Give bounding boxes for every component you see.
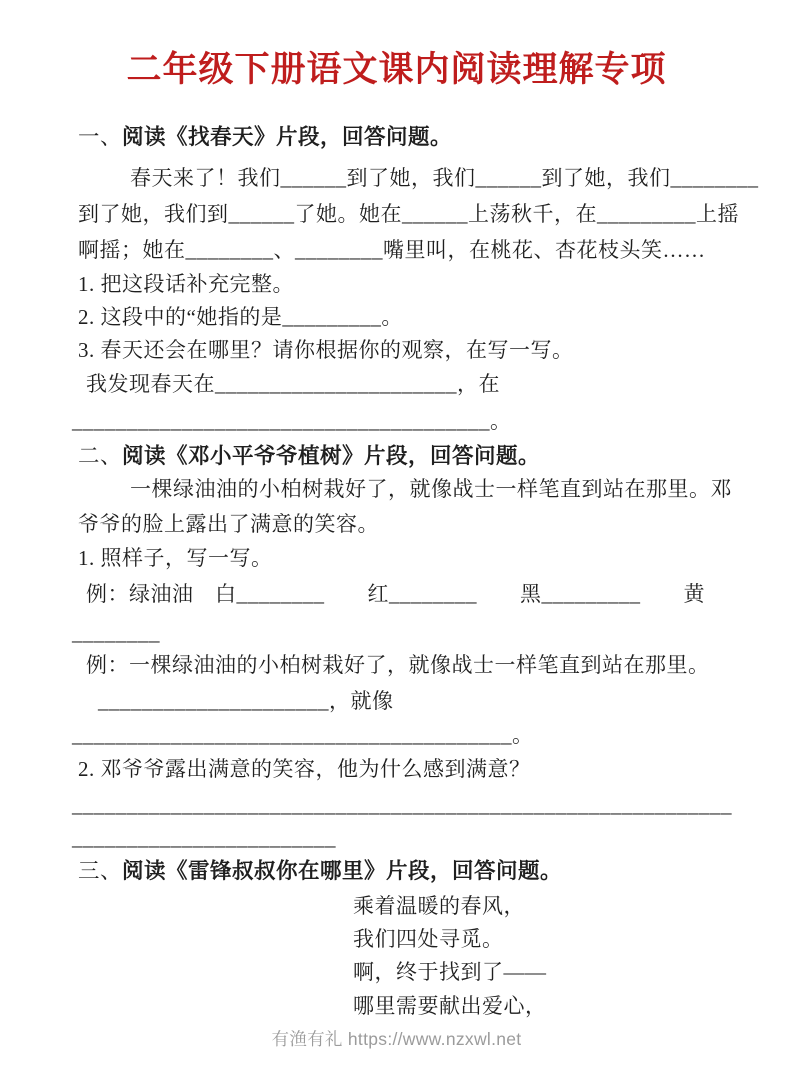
- poem-line-3: 啊，终于找到了——: [353, 959, 547, 986]
- section-2-heading-text: 阅读《邓小平爷爷植树》片段，回答问题。: [122, 444, 540, 468]
- answer-2-line-4: ________________________: [72, 825, 336, 852]
- worksheet-page: 二年级下册语文课内阅读理解专项 一、阅读《找春天》片段，回答问题。 春天来了！我…: [0, 0, 793, 1076]
- section-1-heading: 一、阅读《找春天》片段，回答问题。: [78, 124, 452, 151]
- question-1-2: 2. 这段中的“她指的是_________。: [78, 304, 403, 331]
- section-1-number: 一、: [78, 125, 122, 149]
- passage-1-line-1: 春天来了！我们______到了她，我们______到了她，我们________: [130, 165, 759, 192]
- answer-1-line-1: 我发现春天在______________________，在: [86, 371, 500, 398]
- section-3-number: 三、: [78, 859, 122, 883]
- section-2-number: 二、: [78, 444, 122, 468]
- answer-2-line-2: ________________________________________…: [72, 722, 534, 749]
- section-1-heading-text: 阅读《找春天》片段，回答问题。: [122, 125, 452, 149]
- question-2-1: 1. 照样子，写一写。: [78, 545, 273, 572]
- passage-2-line-2: 爷爷的脸上露出了满意的笑容。: [78, 511, 379, 538]
- section-3-heading: 三、阅读《雷锋叔叔你在哪里》片段，回答问题。: [78, 858, 562, 885]
- example-colors-continuation: ________: [72, 620, 160, 647]
- example-colors-line: 例：绿油油 白________ 红________ 黑_________ 黄: [86, 581, 705, 608]
- question-1-3: 3. 春天还会在哪里？请你根据你的观察，在写一写。: [78, 337, 574, 364]
- question-2-2: 2. 邓爷爷露出满意的笑容，他为什么感到满意？: [78, 756, 531, 783]
- poem-line-4: 哪里需要献出爱心，: [353, 993, 547, 1020]
- footer-watermark: 有渔有礼 https://www.nzxwl.net: [0, 1026, 793, 1053]
- section-3-heading-text: 阅读《雷锋叔叔你在哪里》片段，回答问题。: [122, 859, 562, 883]
- answer-2-line-3: ________________________________________…: [72, 792, 732, 819]
- worksheet-title: 二年级下册语文课内阅读理解专项: [0, 56, 793, 83]
- passage-1-line-2: 到了她，我们到______了她。她在______上荡秋千，在_________上…: [78, 201, 739, 228]
- answer-2-line-1: _____________________，就像: [98, 688, 394, 715]
- answer-1-line-2: ______________________________________。: [72, 408, 512, 435]
- passage-2-line-1: 一棵绿油油的小柏树栽好了，就像战士一样笔直到站在那里。邓: [130, 476, 732, 503]
- question-1-1: 1. 把这段话补充完整。: [78, 271, 294, 298]
- poem-line-2: 我们四处寻觅。: [353, 926, 504, 953]
- poem-line-1: 乘着温暖的春风，: [353, 893, 525, 920]
- example-sentence-line: 例：一棵绿油油的小柏树栽好了，就像战士一样笔直到站在那里。: [86, 652, 710, 679]
- section-2-heading: 二、阅读《邓小平爷爷植树》片段，回答问题。: [78, 443, 540, 470]
- passage-1-line-3: 啊摇；她在________、________嘴里叫，在桃花、杏花枝头笑……: [78, 237, 706, 264]
